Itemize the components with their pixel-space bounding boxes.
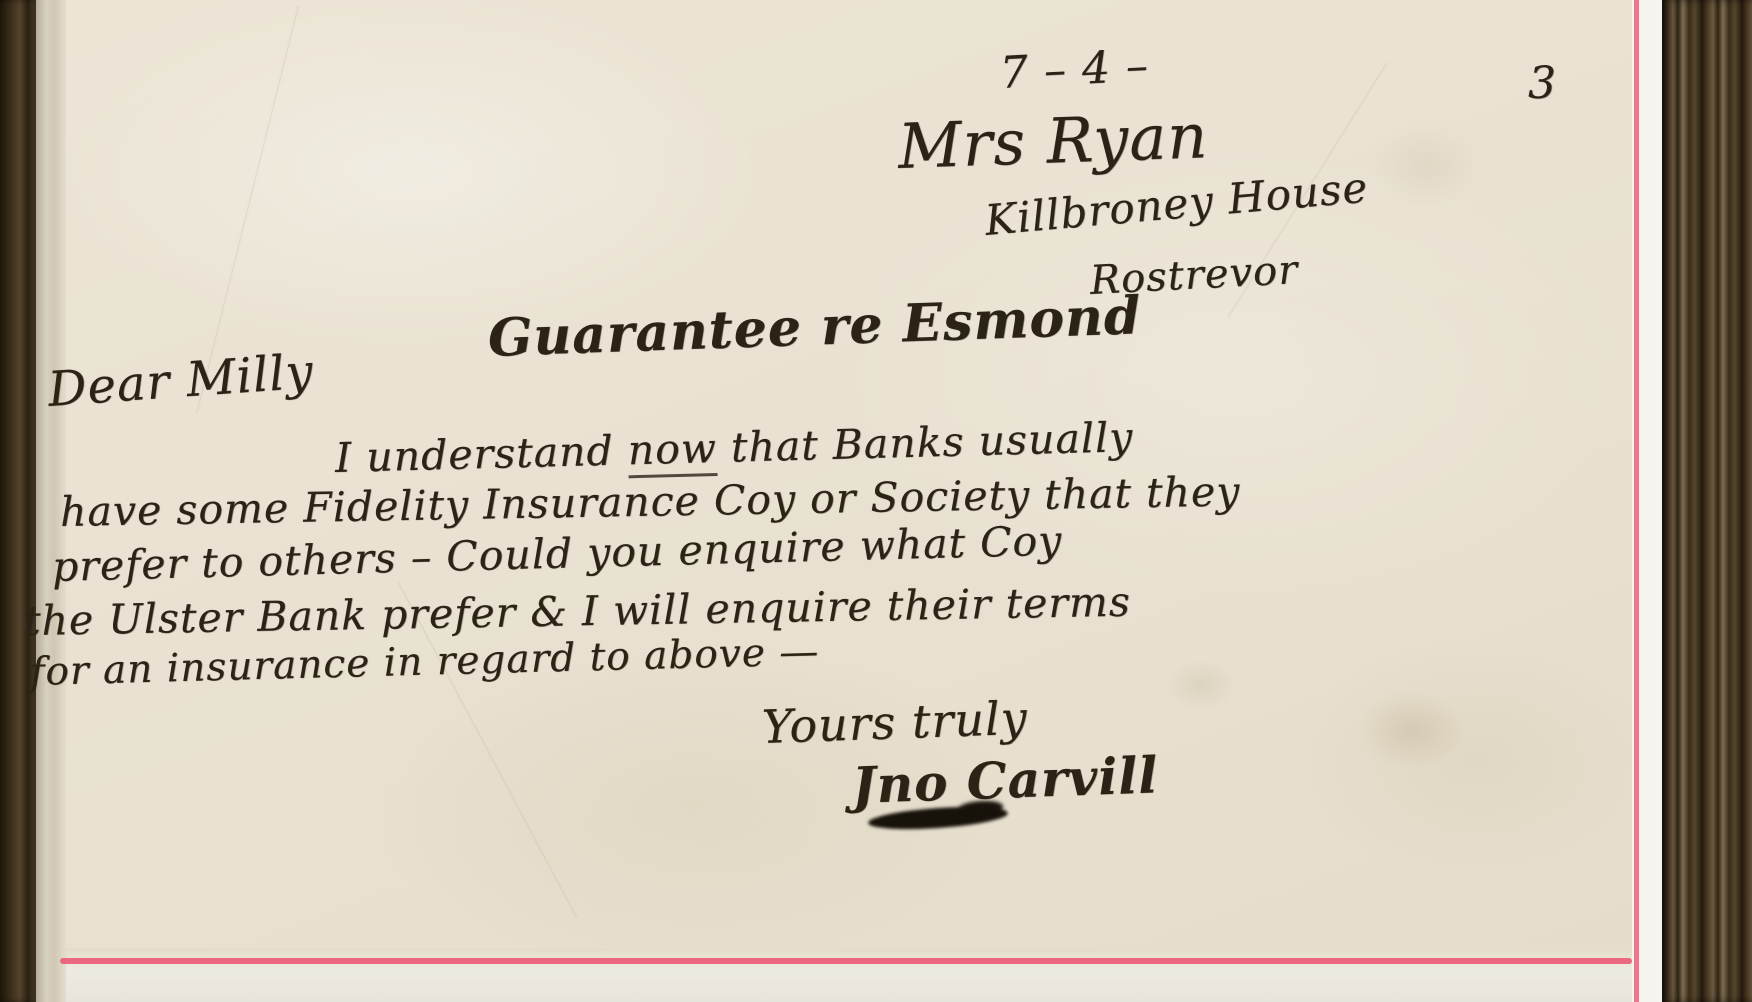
- date-annotation: 7 – 4 –: [999, 40, 1150, 99]
- page-number: 3: [1528, 58, 1557, 109]
- paper-stain: [1166, 660, 1236, 710]
- body-line-1-underlined-word: now: [627, 424, 718, 478]
- bottom-page-edge: [66, 948, 1632, 1002]
- paper-stain: [1366, 120, 1486, 210]
- letterbook-scan: 7 – 4 – 3 Mrs Ryan Killbroney House Rost…: [0, 0, 1752, 1002]
- recipient-name: Mrs Ryan: [897, 99, 1210, 183]
- closing-valediction: Yours truly: [761, 691, 1028, 754]
- paper-stain: [1356, 690, 1466, 770]
- signature: Jno Carvill: [851, 745, 1159, 815]
- book-binding-left: [0, 0, 36, 1002]
- body-line-1-pre: I understand: [334, 426, 628, 482]
- pink-edge-line-right: [1634, 0, 1639, 1002]
- book-page-edges-right: [1662, 0, 1752, 1002]
- pink-edge-line-bottom: [60, 958, 1632, 964]
